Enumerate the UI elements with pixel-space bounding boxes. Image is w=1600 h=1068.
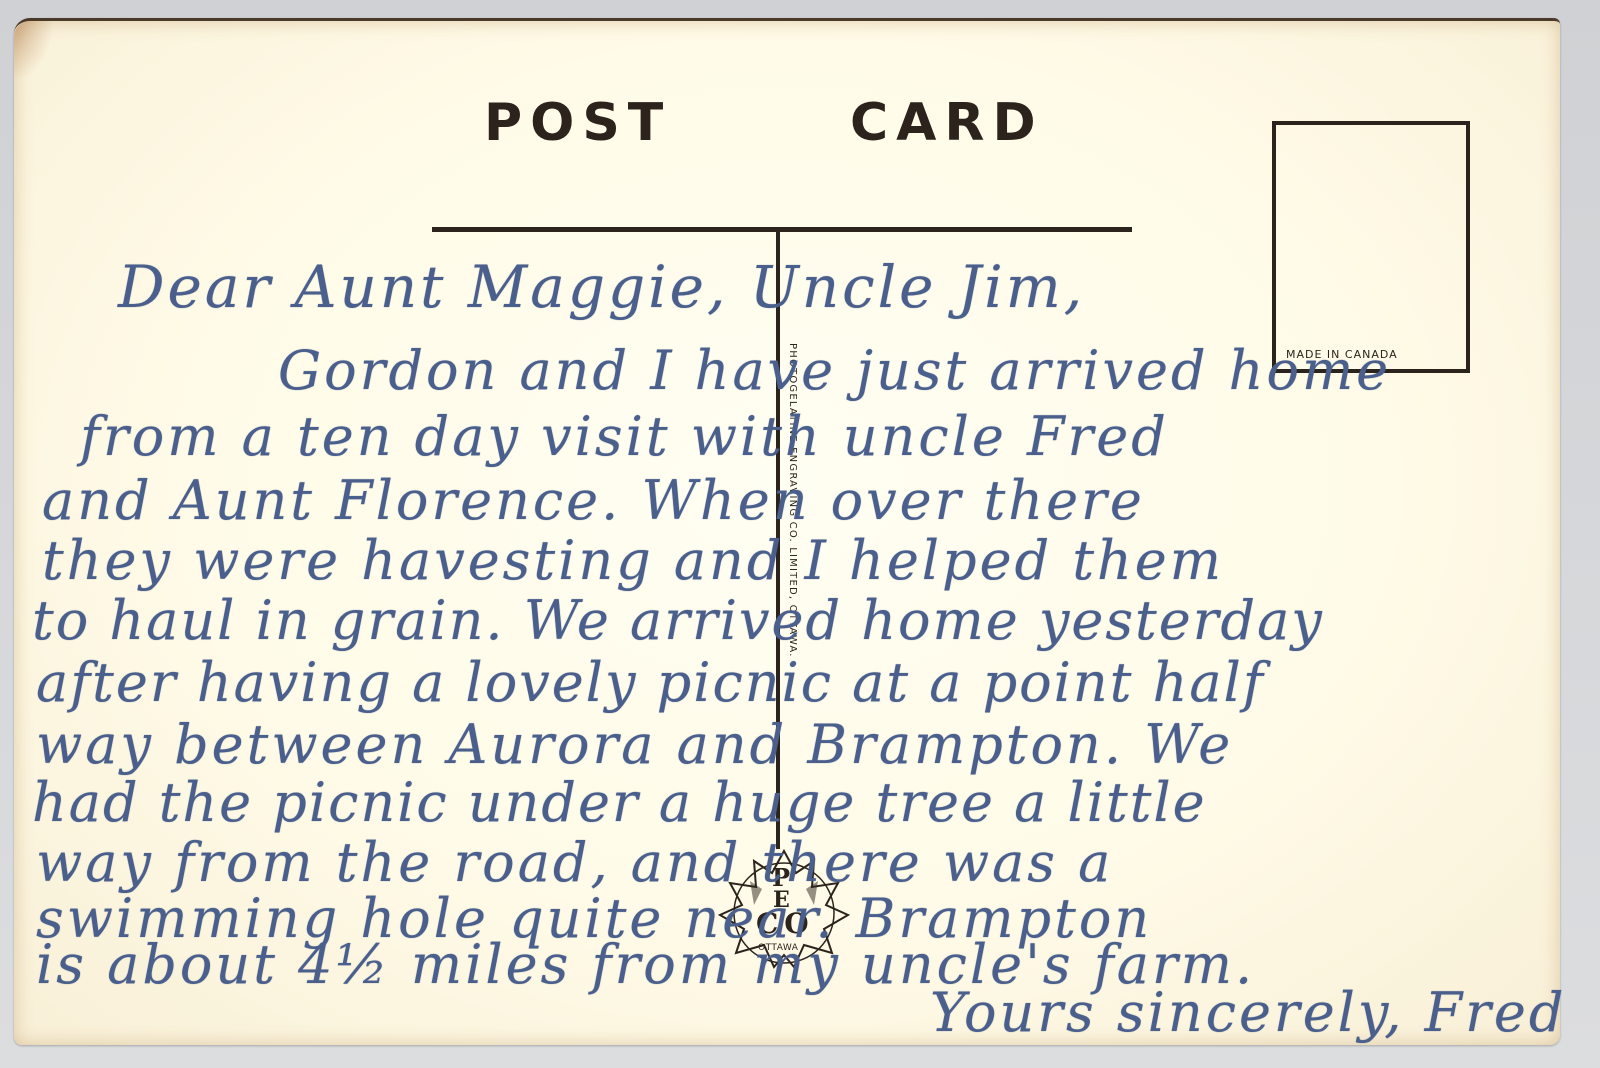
stamp-box: MADE IN CANADA xyxy=(1272,121,1470,373)
message-line-9: had the picnic under a huge tree a littl… xyxy=(32,771,1207,834)
message-line-8: way between Aurora and Brampton. We xyxy=(36,713,1233,776)
postcard-heading-post: POST xyxy=(484,93,671,153)
address-divider-horizontal xyxy=(432,227,1132,232)
message-line-6: to haul in grain. We arrived home yester… xyxy=(32,589,1324,652)
message-line-4: and Aunt Florence. When over there xyxy=(42,469,1145,532)
message-line-7: after having a lovely picnic at a point … xyxy=(36,651,1265,714)
message-line-1: Dear Aunt Maggie, Uncle Jim, xyxy=(118,253,1085,321)
postcard: POST CARD MADE IN CANADA PHOTOGELATINE E… xyxy=(14,18,1560,1045)
message-signature: Yours sincerely, Fred xyxy=(930,981,1566,1044)
message-line-10: way from the road, and there was a xyxy=(36,831,1113,894)
message-line-5: they were havesting and I helped them xyxy=(42,529,1224,592)
message-line-3: from a ten day visit with uncle Fred xyxy=(80,405,1169,468)
postcard-heading-card: CARD xyxy=(850,93,1044,153)
message-line-2: Gordon and I have just arrived home xyxy=(278,339,1391,402)
